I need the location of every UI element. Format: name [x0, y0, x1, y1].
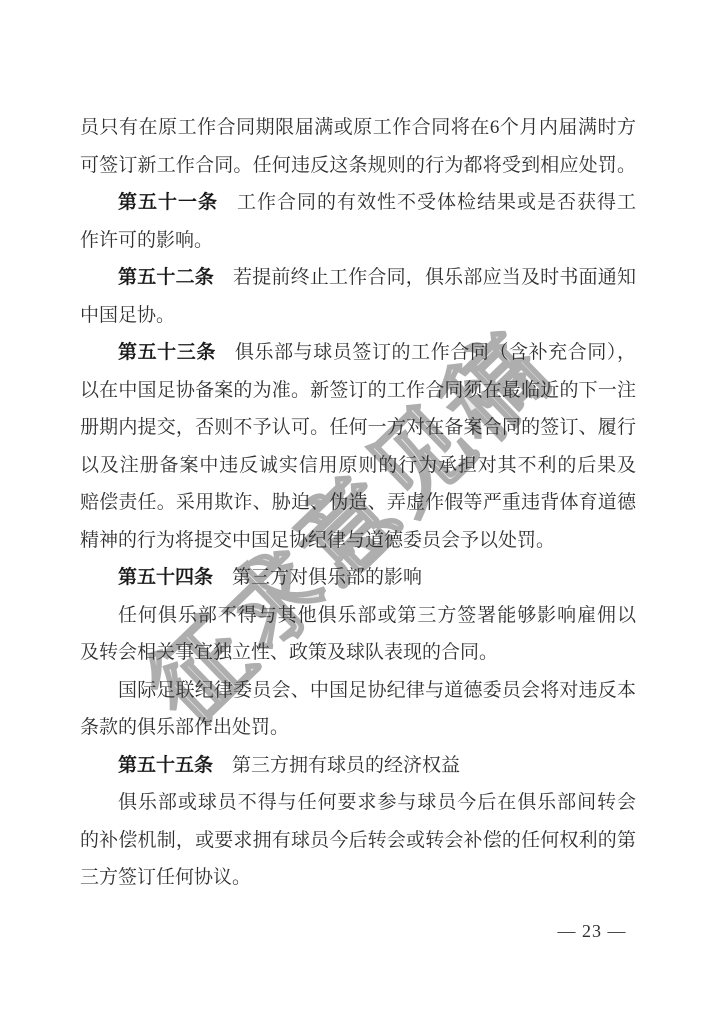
- text-line: 条款的俱乐部作出处罚。: [80, 709, 636, 747]
- text-line: 任何俱乐部不得与其他俱乐部或第三方签署能够影响雇佣以: [80, 597, 636, 635]
- article-number: 第五十三条: [118, 342, 216, 363]
- article-number: 第五十五条: [118, 755, 213, 776]
- page-number: — 23 —: [556, 921, 628, 942]
- line-text: 国际足联纪律委员会、中国足协纪律与道德委员会将对违反本: [118, 680, 636, 701]
- line-text: 以及注册备案中违反诚实信用原则的行为承担对其不利的后果及: [80, 455, 636, 476]
- text-line: 以及注册备案中违反诚实信用原则的行为承担对其不利的后果及: [80, 447, 636, 485]
- line-text: 员只有在原工作合同期限届满或原工作合同将在6个月内届满时方: [80, 117, 636, 138]
- line-text: 条款的俱乐部作出处罚。: [80, 717, 289, 738]
- text-line: 第五十一条工作合同的有效性不受体检结果或是否获得工: [80, 184, 636, 222]
- line-text: 任何俱乐部不得与其他俱乐部或第三方签署能够影响雇佣以: [118, 605, 636, 626]
- text-line: 作许可的影响。: [80, 222, 636, 260]
- line-text: 可签订新工作合同。任何违反这条规则的行为都将受到相应处罚。: [80, 155, 636, 176]
- line-text: 及转会相关事宜独立性、政策及球队表现的合同。: [80, 642, 498, 663]
- line-text: 作许可的影响。: [80, 230, 213, 251]
- text-line: 的补偿机制，或要求拥有球员今后转会或转会补偿的任何权利的第: [80, 822, 636, 860]
- line-text: 精神的行为将提交中国足协纪律与道德委员会予以处罚。: [80, 530, 555, 551]
- line-text: 三方签订任何协议。: [80, 867, 251, 888]
- text-line: 三方签订任何协议。: [80, 859, 636, 897]
- text-line: 赔偿责任。采用欺诈、胁迫、伪造、弄虚作假等严重违背体育道德: [80, 484, 636, 522]
- line-text: 中国足协。: [80, 305, 175, 326]
- text-line: 第五十四条第三方对俱乐部的影响: [80, 559, 636, 597]
- line-text: 赔偿责任。采用欺诈、胁迫、伪造、弄虚作假等严重违背体育道德: [80, 492, 636, 513]
- text-line: 可签订新工作合同。任何违反这条规则的行为都将受到相应处罚。: [80, 147, 636, 185]
- document-content: 员只有在原工作合同期限届满或原工作合同将在6个月内届满时方 可签订新工作合同。任…: [80, 109, 636, 897]
- line-text: 若提前终止工作合同，俱乐部应当及时书面通知: [233, 267, 636, 288]
- text-line: 俱乐部或球员不得与任何要求参与球员今后在俱乐部间转会: [80, 784, 636, 822]
- document-page: 征求意见稿 员只有在原工作合同期限届满或原工作合同将在6个月内届满时方 可签订新…: [0, 0, 720, 1018]
- text-line: 国际足联纪律委员会、中国足协纪律与道德委员会将对违反本: [80, 672, 636, 710]
- article-number: 第五十二条: [118, 267, 214, 288]
- line-text: 俱乐部与球员签订的工作合同（含补充合同），: [235, 342, 636, 363]
- article-number: 第五十四条: [118, 567, 213, 588]
- text-line: 第五十二条若提前终止工作合同，俱乐部应当及时书面通知: [80, 259, 636, 297]
- text-line: 及转会相关事宜独立性、政策及球队表现的合同。: [80, 634, 636, 672]
- text-line: 精神的行为将提交中国足协纪律与道德委员会予以处罚。: [80, 522, 636, 560]
- line-text: 第三方拥有球员的经济权益: [232, 755, 460, 776]
- text-line: 员只有在原工作合同期限届满或原工作合同将在6个月内届满时方: [80, 109, 636, 147]
- text-line: 以在中国足协备案的为准。新签订的工作合同须在最临近的下一注: [80, 372, 636, 410]
- line-text: 的补偿机制，或要求拥有球员今后转会或转会补偿的任何权利的第: [80, 830, 636, 851]
- text-line: 册期内提交，否则不予认可。任何一方对在备案合同的签订、履行: [80, 409, 636, 447]
- text-line: 第五十三条俱乐部与球员签订的工作合同（含补充合同），: [80, 334, 636, 372]
- line-text: 工作合同的有效性不受体检结果或是否获得工: [237, 192, 636, 213]
- line-text: 册期内提交，否则不予认可。任何一方对在备案合同的签订、履行: [80, 417, 636, 438]
- article-number: 第五十一条: [118, 192, 218, 213]
- line-text: 第三方对俱乐部的影响: [232, 567, 422, 588]
- text-line: 中国足协。: [80, 297, 636, 335]
- line-text: 俱乐部或球员不得与任何要求参与球员今后在俱乐部间转会: [118, 792, 636, 813]
- text-line: 第五十五条第三方拥有球员的经济权益: [80, 747, 636, 785]
- line-text: 以在中国足协备案的为准。新签订的工作合同须在最临近的下一注: [80, 380, 636, 401]
